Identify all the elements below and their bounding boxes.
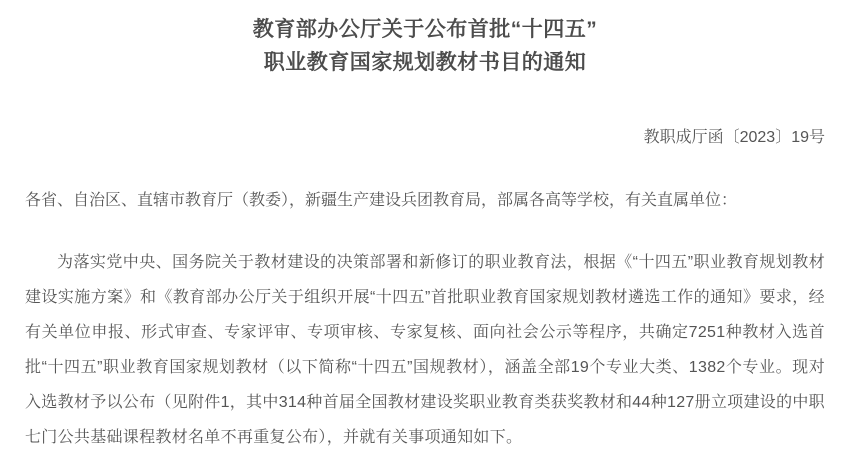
salutation-line: 各省、自治区、直辖市教育厅（教委），新疆生产建设兵团教育局，部属各高等学校，有关… [25, 191, 825, 211]
document-number: 教职成厅函〔2023〕19号 [25, 128, 825, 148]
notice-document-page: 教育部办公厅关于公布首批“十四五” 职业教育国家规划教材书目的通知 教职成厅函〔… [0, 0, 849, 459]
document-title-line2: 职业教育国家规划教材书目的通知 [264, 51, 587, 74]
document-title: 教育部办公厅关于公布首批“十四五” 职业教育国家规划教材书目的通知 [25, 13, 825, 79]
body-paragraph: 为落实党中央、国务院关于教材建设的决策部署和新修订的职业教育法，根据《“十四五”… [25, 245, 825, 455]
document-title-line1: 教育部办公厅关于公布首批“十四五” [253, 18, 598, 41]
